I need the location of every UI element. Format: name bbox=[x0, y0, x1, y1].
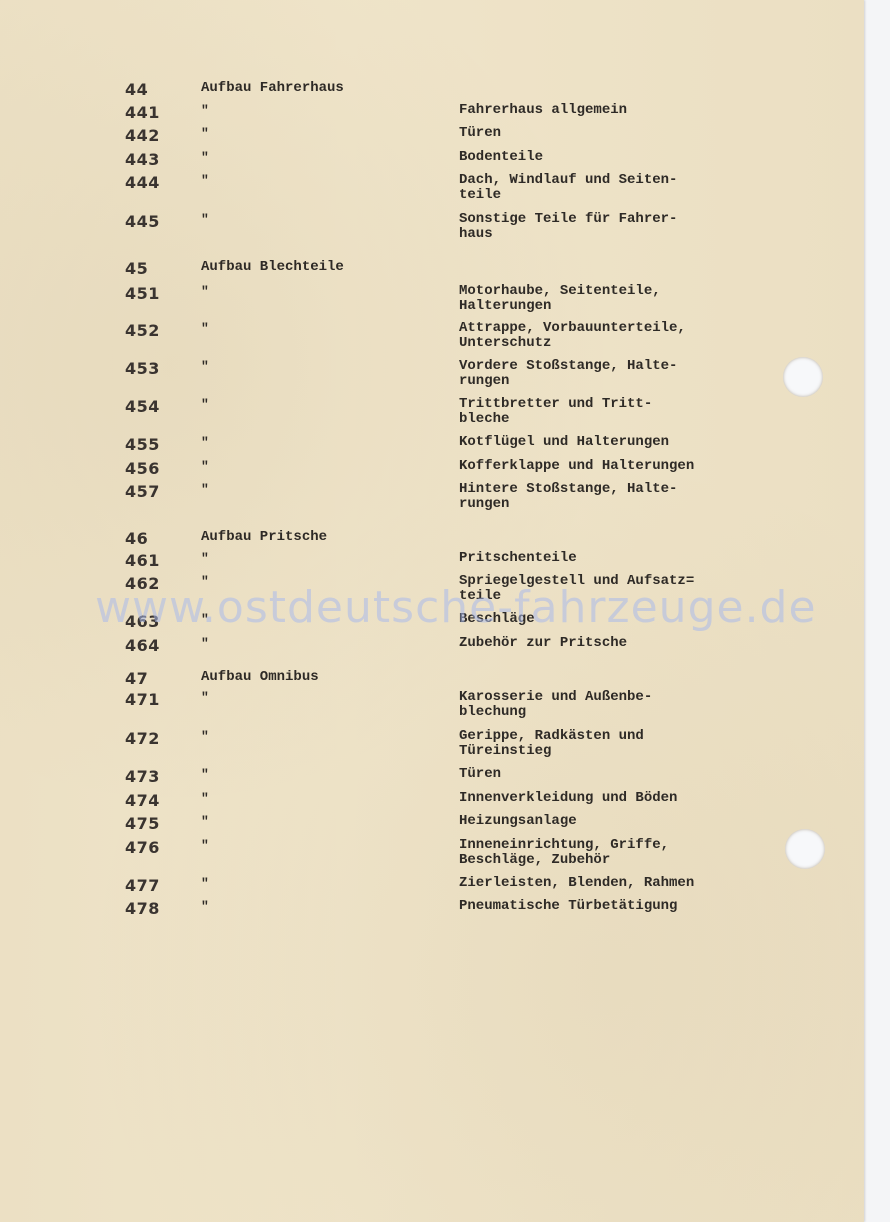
punch-hole-bottom bbox=[785, 829, 825, 869]
ditto-mark: " bbox=[201, 767, 209, 782]
item-description: Innenverkleidung und Böden bbox=[459, 791, 759, 806]
item-code: 464 bbox=[125, 636, 160, 655]
item-code: 453 bbox=[125, 359, 160, 378]
item-code: 454 bbox=[125, 397, 160, 416]
item-code: 452 bbox=[125, 321, 160, 340]
item-description: Trittbretter und Tritt- bleche bbox=[459, 397, 759, 427]
ditto-mark: " bbox=[201, 814, 209, 829]
item-code: 443 bbox=[125, 150, 160, 169]
item-code: 441 bbox=[125, 103, 160, 122]
item-code: 461 bbox=[125, 551, 160, 570]
item-code: 456 bbox=[125, 459, 160, 478]
item-description: Fahrerhaus allgemein bbox=[459, 103, 759, 118]
item-description: Inneneinrichtung, Griffe, Beschläge, Zub… bbox=[459, 838, 759, 868]
ditto-mark: " bbox=[201, 459, 209, 474]
document-page: 44Aufbau Fahrerhaus441"Fahrerhaus allgem… bbox=[0, 0, 864, 1222]
section-title: Aufbau Omnibus bbox=[201, 669, 319, 685]
item-description: Motorhaube, Seitenteile, Halterungen bbox=[459, 284, 759, 314]
watermark: www.ostdeutsche-fahrzeuge.de bbox=[95, 582, 817, 633]
item-code: 457 bbox=[125, 482, 160, 501]
item-description: Kotflügel und Halterungen bbox=[459, 435, 759, 450]
ditto-mark: " bbox=[201, 173, 209, 188]
ditto-mark: " bbox=[201, 435, 209, 450]
item-description: Zubehör zur Pritsche bbox=[459, 636, 759, 651]
ditto-mark: " bbox=[201, 359, 209, 374]
ditto-mark: " bbox=[201, 551, 209, 566]
ditto-mark: " bbox=[201, 876, 209, 891]
item-description: Sonstige Teile für Fahrer- haus bbox=[459, 212, 759, 242]
section-code: 44 bbox=[125, 80, 148, 99]
ditto-mark: " bbox=[201, 690, 209, 705]
item-code: 473 bbox=[125, 767, 160, 786]
ditto-mark: " bbox=[201, 838, 209, 853]
item-code: 478 bbox=[125, 899, 160, 918]
section-code: 47 bbox=[125, 669, 148, 688]
item-code: 445 bbox=[125, 212, 160, 231]
ditto-mark: " bbox=[201, 899, 209, 914]
item-code: 472 bbox=[125, 729, 160, 748]
item-description: Pneumatische Türbetätigung bbox=[459, 899, 759, 914]
ditto-mark: " bbox=[201, 103, 209, 118]
ditto-mark: " bbox=[201, 150, 209, 165]
item-description: Kofferklappe und Halterungen bbox=[459, 459, 759, 474]
punch-hole-top bbox=[783, 357, 823, 397]
item-description: Türen bbox=[459, 767, 759, 782]
item-code: 477 bbox=[125, 876, 160, 895]
ditto-mark: " bbox=[201, 482, 209, 497]
ditto-mark: " bbox=[201, 791, 209, 806]
item-description: Gerippe, Radkästen und Türeinstieg bbox=[459, 729, 759, 759]
item-code: 455 bbox=[125, 435, 160, 454]
ditto-mark: " bbox=[201, 729, 209, 744]
section-title: Aufbau Pritsche bbox=[201, 529, 327, 545]
item-code: 474 bbox=[125, 791, 160, 810]
item-code: 451 bbox=[125, 284, 160, 303]
item-code: 444 bbox=[125, 173, 160, 192]
item-description: Karosserie und Außenbe- blechung bbox=[459, 690, 759, 720]
item-description: Heizungsanlage bbox=[459, 814, 759, 829]
ditto-mark: " bbox=[201, 126, 209, 141]
ditto-mark: " bbox=[201, 636, 209, 651]
item-description: Zierleisten, Blenden, Rahmen bbox=[459, 876, 759, 891]
ditto-mark: " bbox=[201, 397, 209, 412]
item-code: 471 bbox=[125, 690, 160, 709]
section-title: Aufbau Blechteile bbox=[201, 259, 344, 275]
item-description: Attrappe, Vorbauunterteile, Unterschutz bbox=[459, 321, 759, 351]
item-code: 475 bbox=[125, 814, 160, 833]
item-description: Vordere Stoßstange, Halte- rungen bbox=[459, 359, 759, 389]
ditto-mark: " bbox=[201, 212, 209, 227]
item-description: Bodenteile bbox=[459, 150, 759, 165]
item-description: Hintere Stoßstange, Halte- rungen bbox=[459, 482, 759, 512]
item-code: 476 bbox=[125, 838, 160, 857]
section-code: 45 bbox=[125, 259, 148, 278]
item-description: Pritschenteile bbox=[459, 551, 759, 566]
item-description: Dach, Windlauf und Seiten- teile bbox=[459, 173, 759, 203]
section-code: 46 bbox=[125, 529, 148, 548]
section-title: Aufbau Fahrerhaus bbox=[201, 80, 344, 96]
item-description: Türen bbox=[459, 126, 759, 141]
ditto-mark: " bbox=[201, 284, 209, 299]
item-code: 442 bbox=[125, 126, 160, 145]
ditto-mark: " bbox=[201, 321, 209, 336]
